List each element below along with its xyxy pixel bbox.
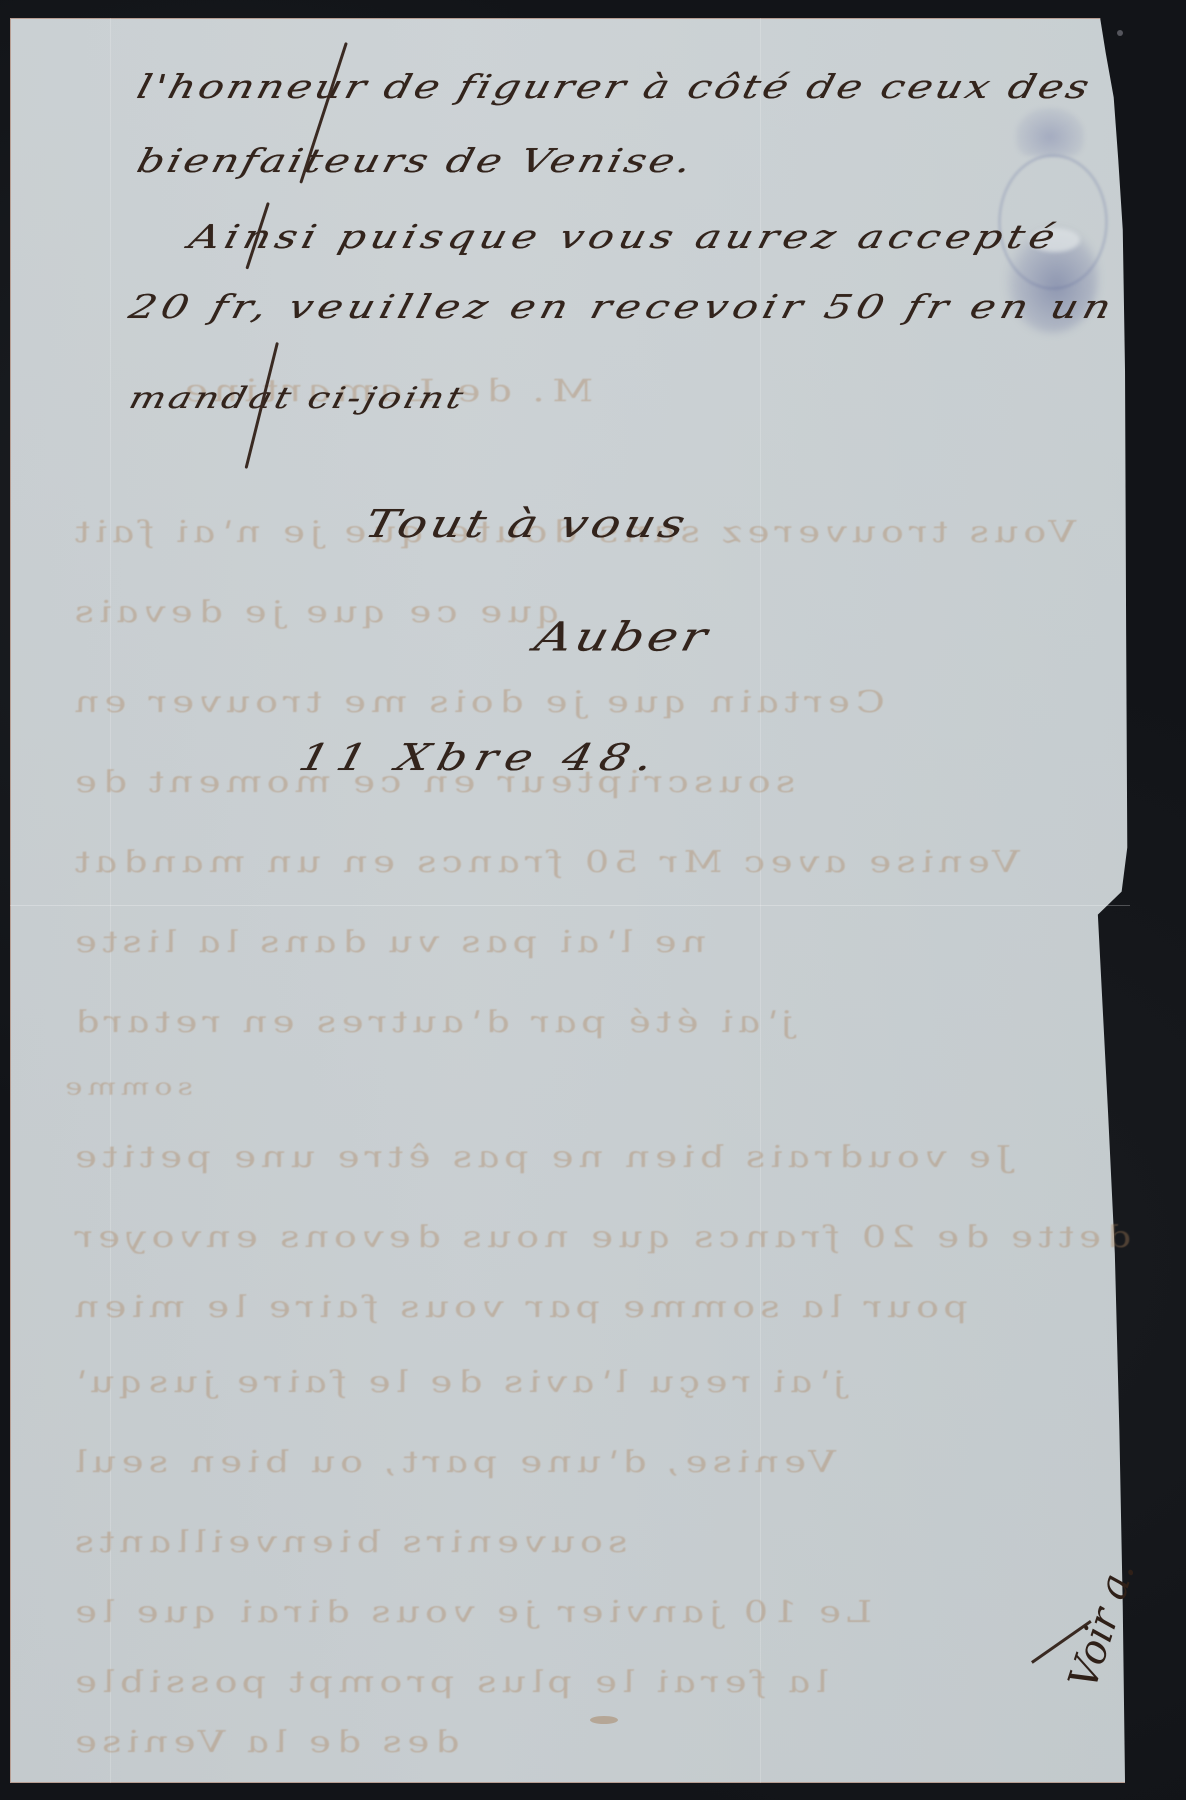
bleed-line: que ce que je devais bbox=[66, 595, 566, 629]
bleed-line: des de la Venise bbox=[66, 1725, 464, 1759]
letter-line: l'honneur de figurer à côté de ceux des bbox=[133, 67, 1096, 105]
bleed-line: Venise avec Mr 50 francs en un mandat bbox=[66, 845, 1024, 879]
bleed-line: ne l'ai pas vu dans la liste bbox=[66, 925, 711, 959]
bleed-line: j'ai reçu l'avis de le faire jusqu' bbox=[66, 1365, 850, 1399]
letter-line: mandat ci-joint bbox=[126, 381, 470, 415]
signature: Auber bbox=[530, 614, 715, 660]
letter-line: Ainsi puisque vous aurez accepté bbox=[185, 217, 1064, 255]
paper-fold-horizontal bbox=[10, 905, 1130, 906]
closing-salutation: Tout à vous bbox=[360, 502, 693, 547]
bleed-line: Le 10 janvier je vous dirai que le bbox=[66, 1595, 876, 1629]
letter-page bbox=[10, 18, 1142, 1783]
bleed-line: Venise, d'une part, ou bien seul bbox=[66, 1445, 840, 1479]
bleed-line: dette de 20 francs que nous devons envoy… bbox=[66, 1220, 1135, 1254]
letter-line: 20 fr, veuillez en recevoir 50 fr en un bbox=[125, 287, 1120, 325]
letter-line: bienfaiteurs de Venise. bbox=[133, 141, 698, 179]
bleed-line: Je voudrais bien ne pas être une petite bbox=[66, 1140, 1016, 1174]
pencil-mark bbox=[1117, 30, 1123, 36]
ink-speck bbox=[590, 1716, 618, 1724]
bleed-line: j'ai été par d'autres en retard bbox=[66, 1005, 798, 1039]
bleed-line: la ferai le plus prompt possible bbox=[66, 1665, 833, 1699]
bleed-line: pour la somme par vous faire le mien bbox=[66, 1290, 973, 1324]
paper-fold-vertical bbox=[760, 18, 761, 1783]
paper-fold-vertical bbox=[110, 18, 111, 1783]
bleed-line: somme bbox=[57, 1074, 197, 1101]
bleed-line: souvenirs bienveillants bbox=[66, 1525, 632, 1559]
bleed-line: Certain que je dois me trouver en bbox=[66, 685, 889, 719]
letter-date: 11 Xbre 48. bbox=[295, 735, 666, 778]
